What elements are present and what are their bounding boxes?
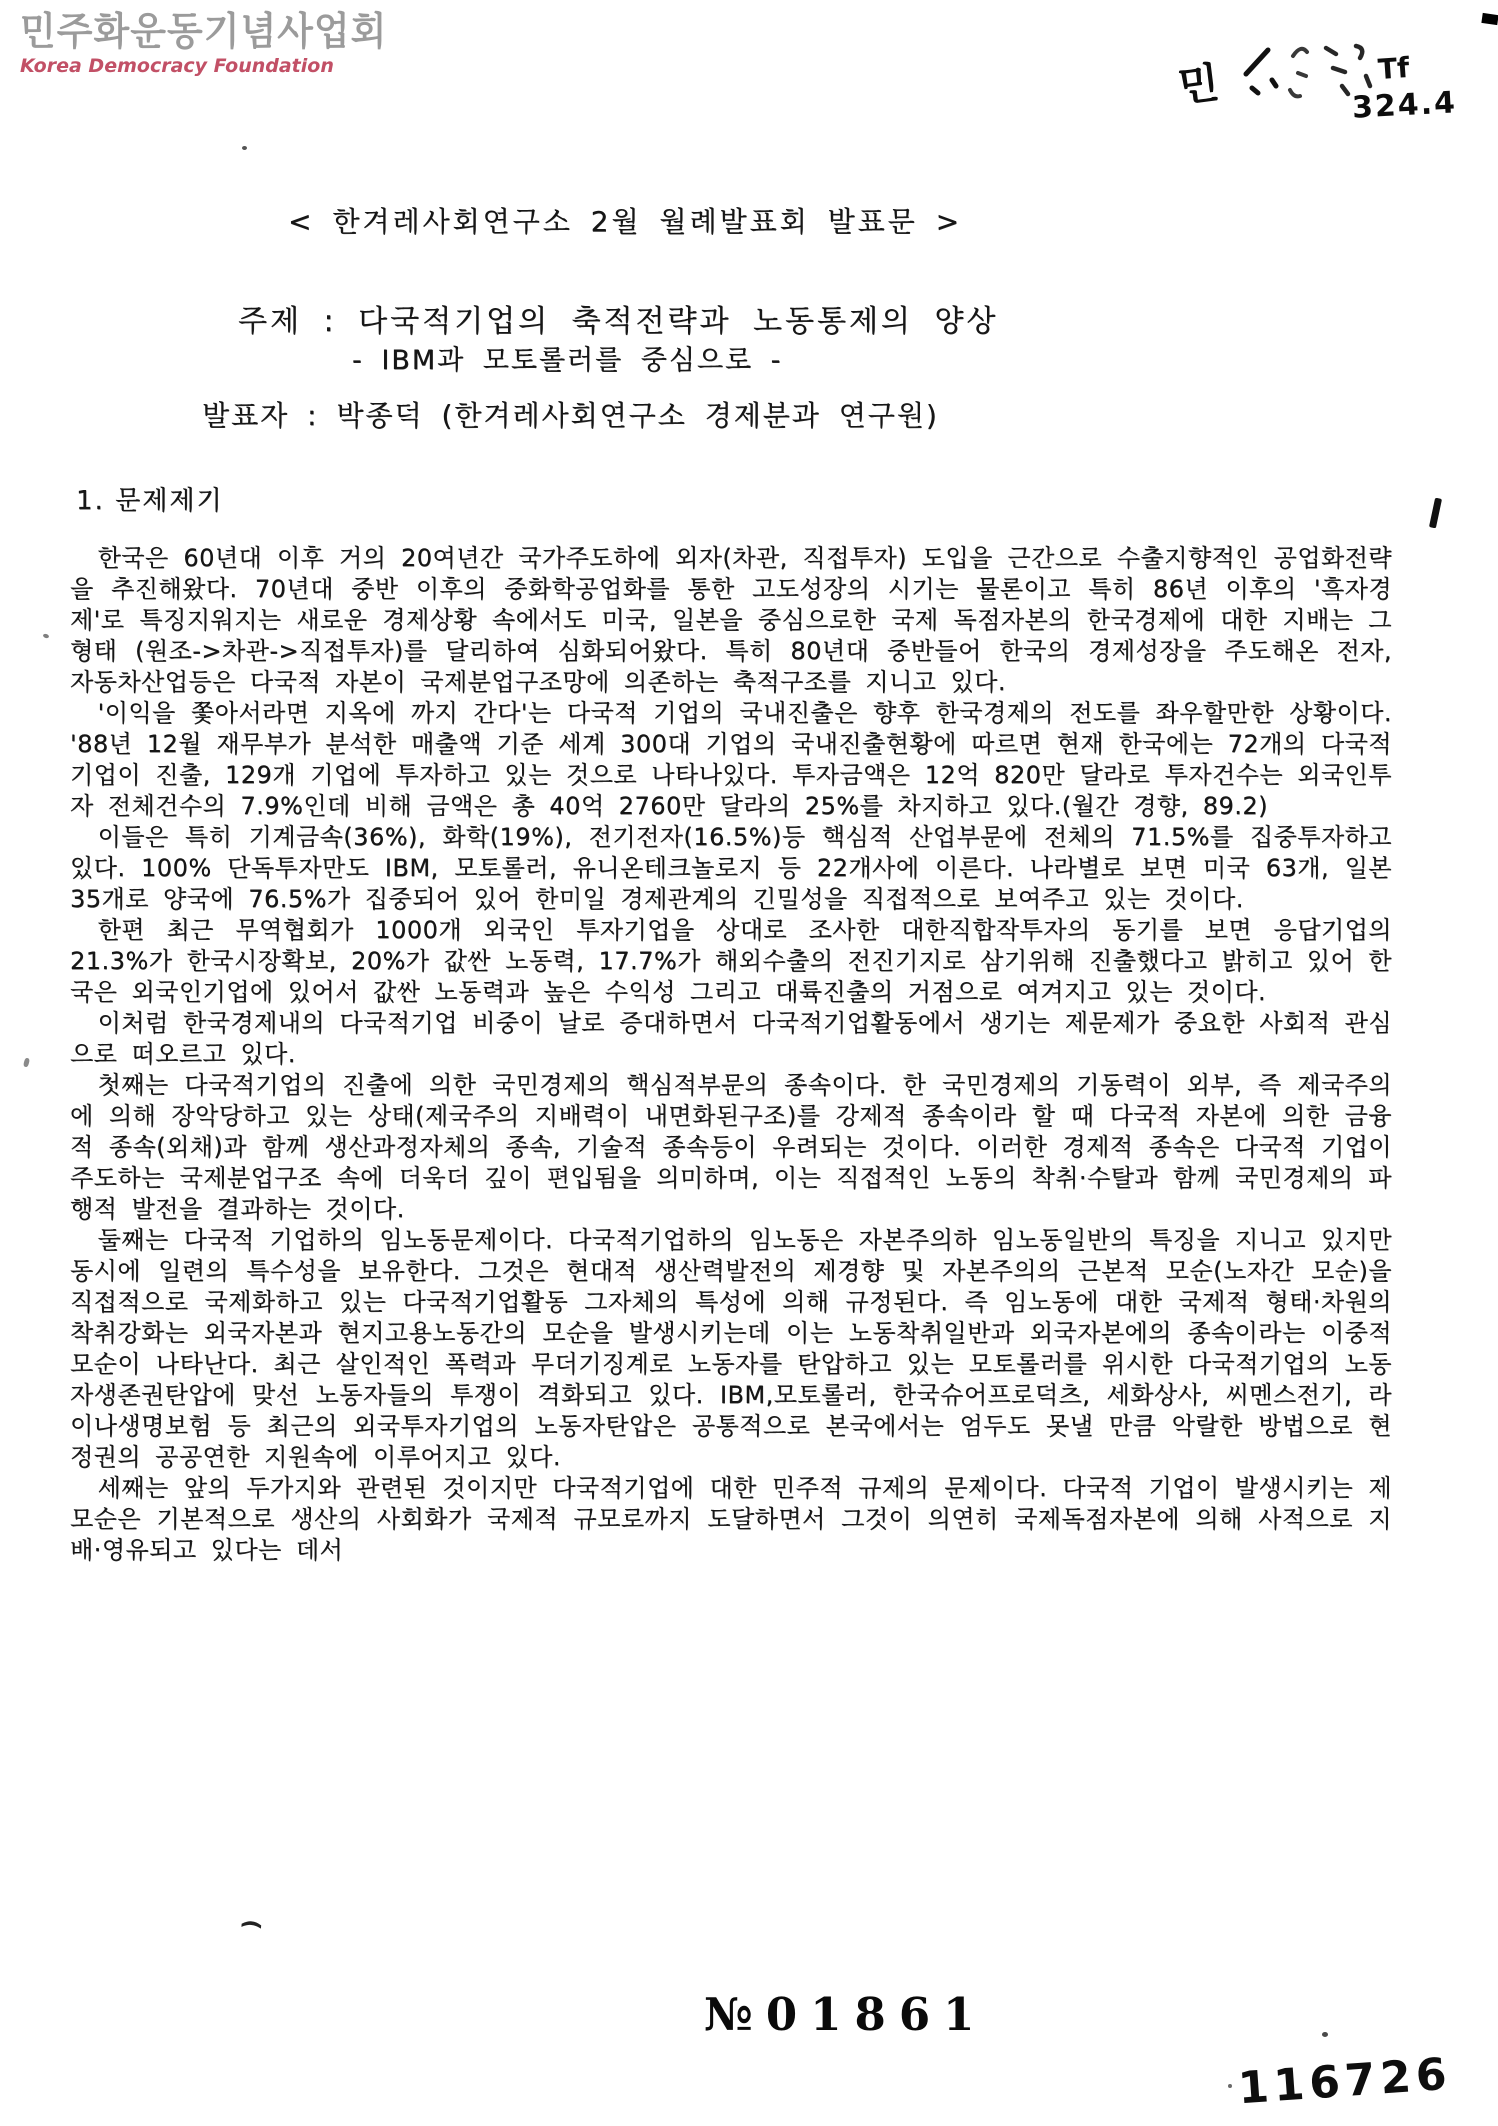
scan-speck xyxy=(42,633,49,639)
body-paragraph: 이들은 특히 기계금속(36%), 화학(19%), 전기전자(16.5%)등 … xyxy=(70,822,1392,915)
body-paragraph: '이익을 쫓아서라면 지옥에 까지 간다'는 다국적 기업의 국내진출은 향후 … xyxy=(70,698,1392,822)
scan-speck xyxy=(242,146,247,150)
body-paragraph: 한편 최근 무역협회가 1000개 외국인 투자기업을 상대로 조사한 대한직합… xyxy=(70,915,1392,1008)
kdf-logo-korean-text: 민주화운동기념사업회 xyxy=(20,11,387,54)
handwritten-dash-mark xyxy=(1429,498,1442,529)
handwritten-classification-number: 324.4 xyxy=(1351,85,1458,125)
scanned-document-page: 민주화운동기념사업회 Korea Democracy Foundation 민 … xyxy=(0,0,1498,2126)
document-body: 한국은 60년대 이후 거의 20여년간 국가주도하에 외자(차관, 직접투자)… xyxy=(70,543,1392,1566)
document-topic-line: 주제 : 다국적기업의 축적전략과 노동통제의 양상 xyxy=(238,296,998,340)
body-paragraph: 이처럼 한국경제내의 다국적기업 비중이 날로 증대하면서 다국적기업활동에서 … xyxy=(70,1008,1392,1070)
body-paragraph: 첫째는 다국적기업의 진출에 의한 국민경제의 핵심적부문의 종속이다. 한 국… xyxy=(70,1070,1392,1225)
body-paragraph: 세째는 앞의 두가지와 관련된 것이지만 다국적기업에 대한 민주적 규제의 문… xyxy=(70,1473,1392,1566)
handwritten-archive-number: 116726 xyxy=(1236,2049,1453,2115)
kdf-logo: 민주화운동기념사업회 Korea Democracy Foundation xyxy=(20,12,387,77)
archive-number-stamp: №01861 xyxy=(704,1988,987,2041)
scan-speck xyxy=(1322,2032,1328,2037)
scan-speck xyxy=(1228,2084,1232,2088)
document-title: < 한겨레사회연구소 2월 월례발표회 발표문 > xyxy=(288,200,962,240)
scan-corner-mark xyxy=(1481,13,1498,25)
handwritten-curl-mark: ( xyxy=(238,1918,264,1930)
handwritten-classification-code: Tf xyxy=(1377,51,1411,86)
body-paragraph: 둘째는 다국적 기업하의 임노동문제이다. 다국적기업하의 임노동은 자본주의하… xyxy=(70,1225,1392,1473)
section-heading: 1. 문제제기 xyxy=(76,480,224,517)
kdf-logo-english-text: Korea Democracy Foundation xyxy=(20,55,387,77)
document-subtopic-line: - IBM과 모토롤러를 중심으로 - xyxy=(352,338,782,377)
body-paragraph: 한국은 60년대 이후 거의 20여년간 국가주도하에 외자(차관, 직접투자)… xyxy=(70,543,1392,698)
scan-speck xyxy=(23,1058,30,1068)
handwritten-hangul-mark: 민 xyxy=(1174,50,1222,114)
document-presenter-line: 발표자 : 박종덕 (한겨레사회연구소 경제분과 연구원) xyxy=(202,394,939,434)
